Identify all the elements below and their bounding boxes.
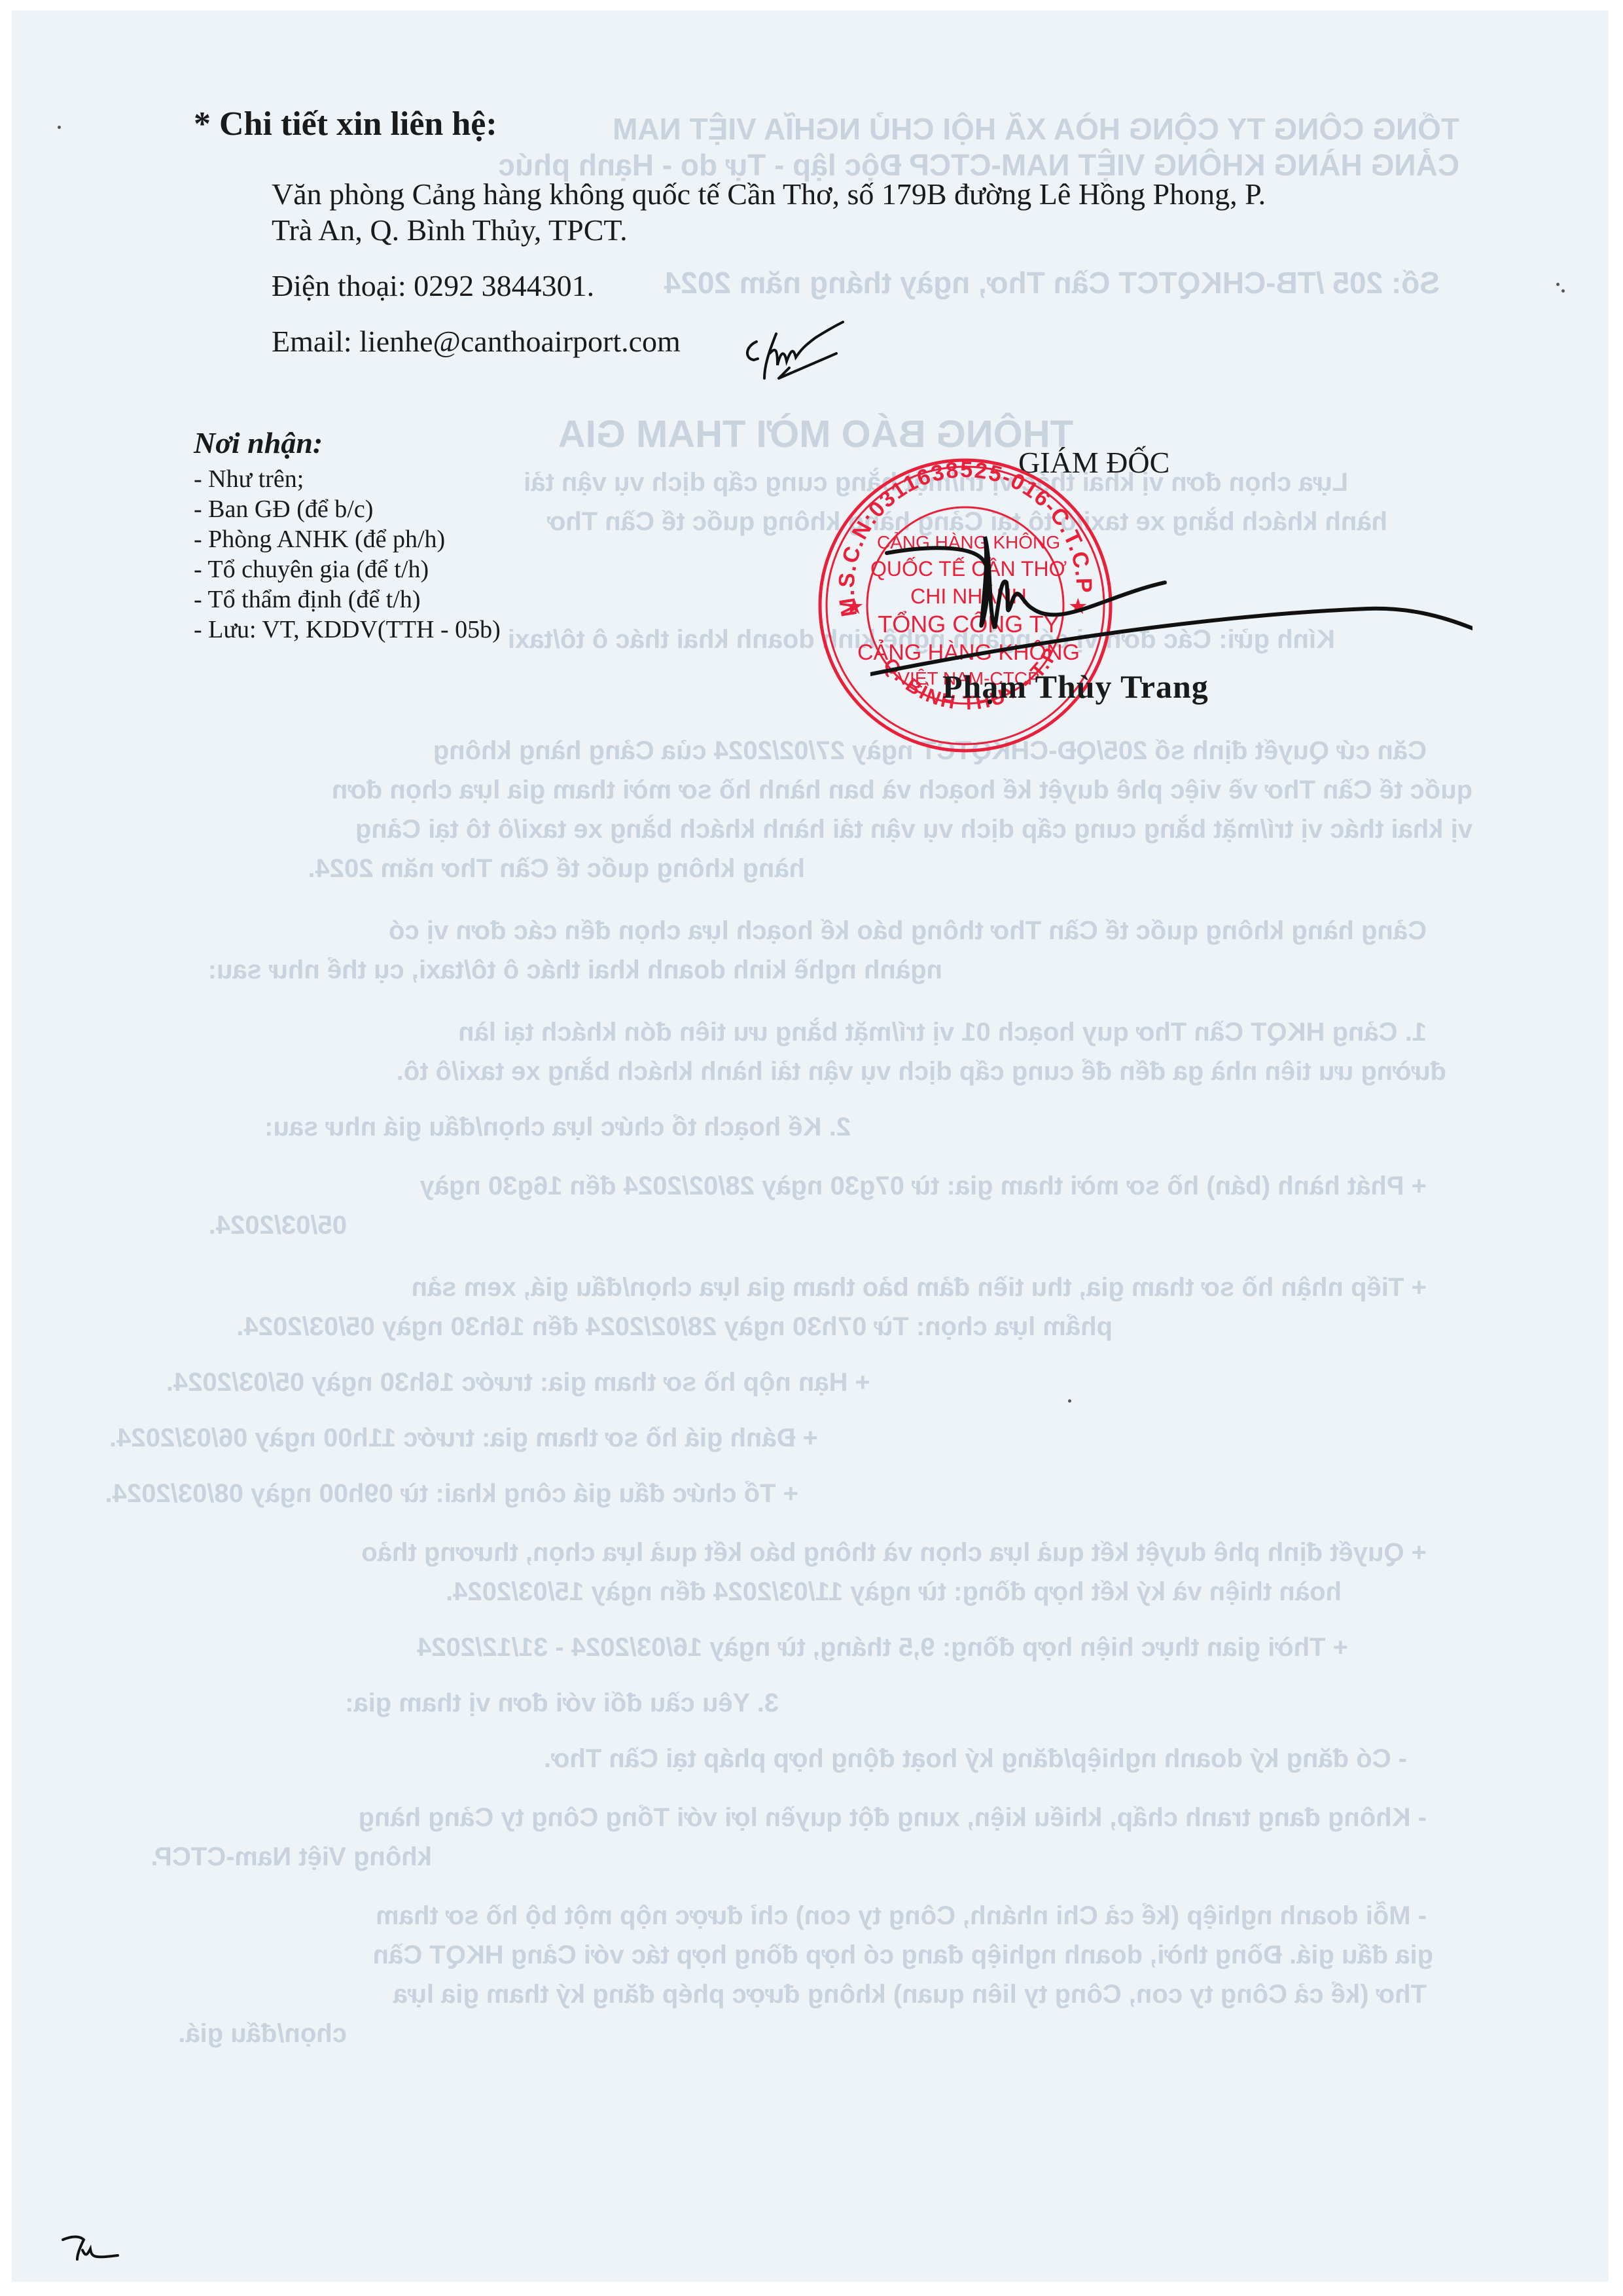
signatory-name: Phạm Thùy Trang [942,668,1209,706]
contact-address-line2: Trà An, Q. Bình Thủy, TPCT. [272,213,628,247]
recipient-item: - Ban GĐ (để b/c) [194,494,501,524]
scan-speck [1556,283,1560,286]
recipients-title: Nơi nhận: [194,425,501,460]
scan-speck [1561,289,1565,293]
recipients-list: Nơi nhận: - Như trên; - Ban GĐ (để b/c) … [194,425,501,645]
recipient-item: - Tổ thẩm định (để t/h) [194,584,501,615]
recipient-item: - Lưu: VT, KDDV(TTH - 05b) [194,615,501,645]
svg-text:★: ★ [844,594,864,619]
director-signature [870,517,1472,687]
scan-speck [58,126,61,129]
recipient-item: - Tổ chuyên gia (để t/h) [194,554,501,584]
contact-phone: Điện thoại: 0292 3844301. [272,268,594,303]
recipient-item: - Phòng ANHK (để ph/h) [194,524,501,554]
contact-heading: * Chi tiết xin liên hệ: [194,105,497,143]
contact-address-line1: Văn phòng Cảng hàng không quốc tế Cần Th… [272,177,1266,211]
initial-signature [738,308,849,386]
recipient-item: - Như trên; [194,464,501,494]
page-initial-mark [59,2225,131,2265]
contact-email: Email: lienhe@canthoairport.com [272,324,681,359]
scan-speck [1068,1399,1071,1403]
